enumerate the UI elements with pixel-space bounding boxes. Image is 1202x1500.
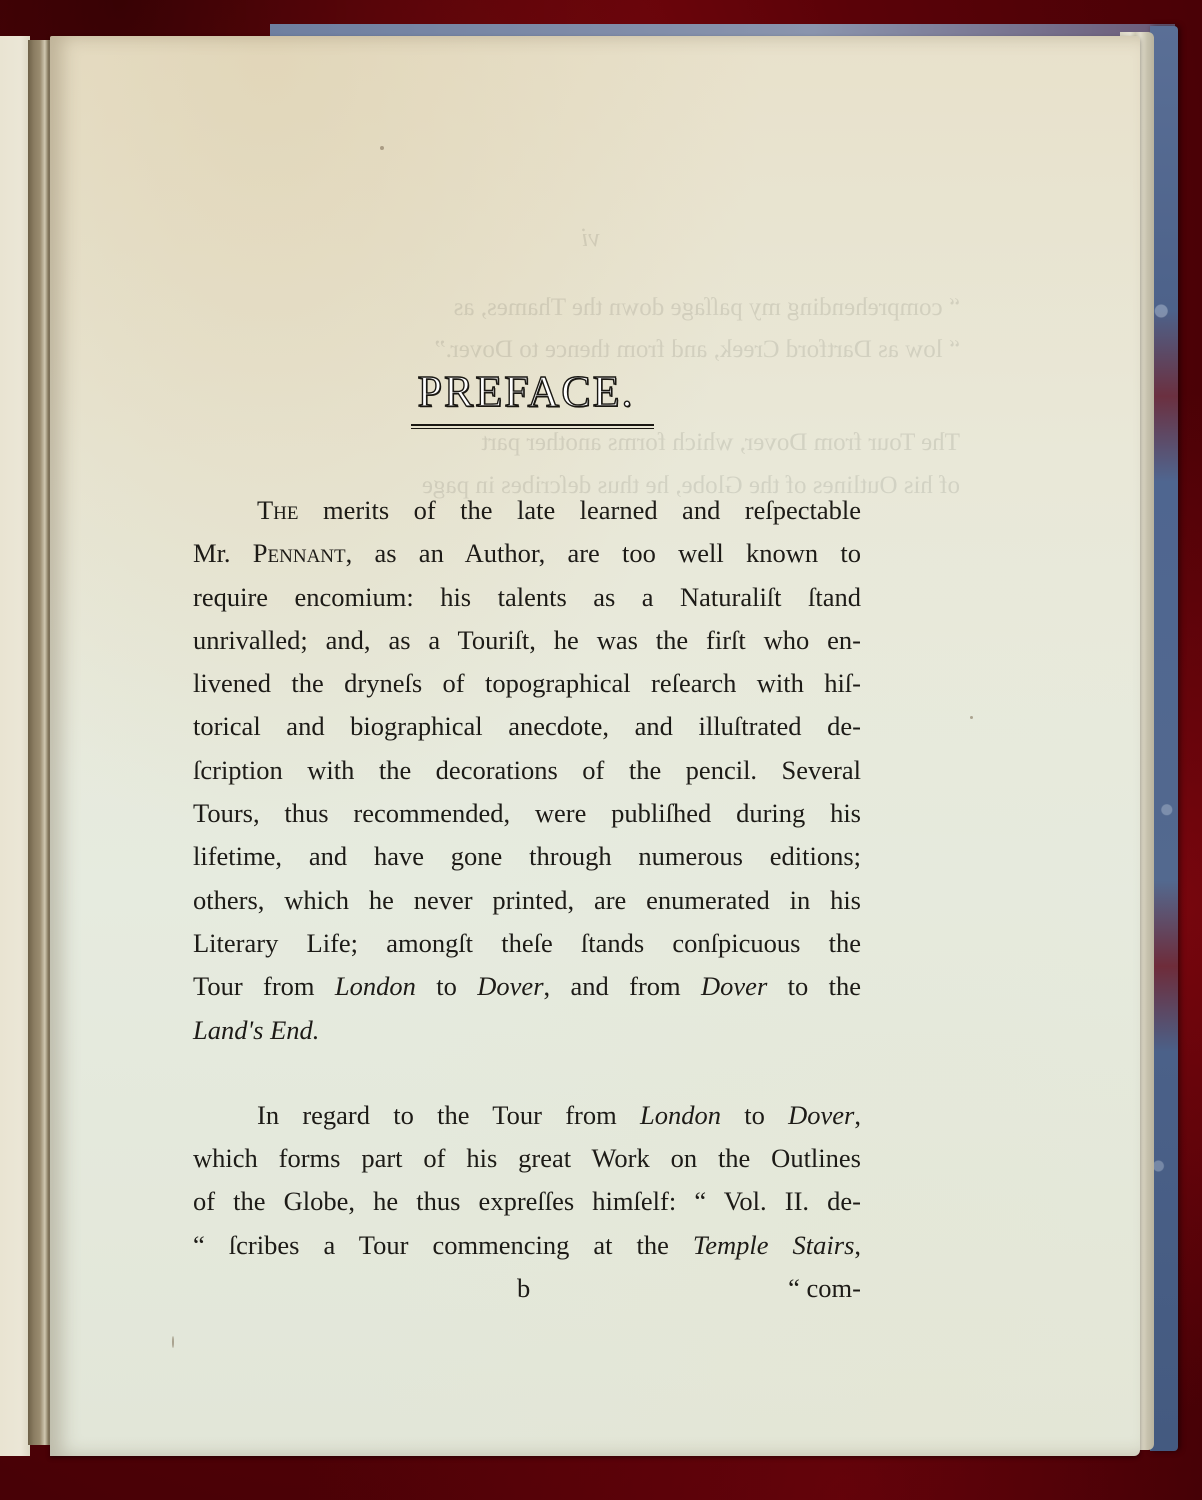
page-title: PREFACE. xyxy=(191,366,861,418)
text-span: “ ſcribes a Tour commencing at the xyxy=(193,1230,693,1260)
text-line: In regard to the Tour from London to Dov… xyxy=(193,1094,861,1137)
text-span: which forms part of his great Work on th… xyxy=(193,1143,861,1173)
signature-mark: b xyxy=(517,1267,530,1310)
text-line: require encomium: his talents as a Natur… xyxy=(193,576,861,619)
catchword: “ com- xyxy=(788,1267,861,1310)
text-line: Mr. Pennant, as an Author, are too well … xyxy=(193,532,861,575)
text-line: livened the dryneſs of topographical reſ… xyxy=(193,662,861,705)
text-span: , xyxy=(854,1230,861,1260)
italic-text: London xyxy=(640,1100,721,1130)
title-double-rule xyxy=(411,424,654,429)
text-span: , as an Author, are too well known to xyxy=(346,538,861,568)
small-caps-text: The xyxy=(257,495,299,525)
text-line: others, which he never printed, are enum… xyxy=(193,879,861,922)
left-page-edge xyxy=(0,36,30,1456)
paper-speck xyxy=(172,1336,174,1348)
text-span: Tours, thus recommended, were publiſhed … xyxy=(193,798,861,828)
text-span: of the Globe, he thus expreſſes himſelf:… xyxy=(193,1186,861,1216)
italic-text: Land's End. xyxy=(193,1015,319,1045)
italic-text: Dover xyxy=(477,971,543,1001)
text-span: Mr. xyxy=(193,538,253,568)
text-span: lifetime, and have gone through numerous… xyxy=(193,841,861,871)
text-span: livened the dryneſs of topographical reſ… xyxy=(193,668,861,698)
page-content: PREFACE. The merits of the late learned … xyxy=(193,366,861,1311)
text-span: ſcription with the decorations of the pe… xyxy=(193,755,861,785)
book-cover-top-edge xyxy=(270,24,1175,36)
text-line: of the Globe, he thus expreſſes himſelf:… xyxy=(193,1180,861,1223)
text-line: Tours, thus recommended, were publiſhed … xyxy=(193,792,861,835)
page-footer: b “ com- xyxy=(193,1267,861,1311)
text-span: require encomium: his talents as a Natur… xyxy=(193,582,861,612)
text-span: merits of the late learned and reſpectab… xyxy=(299,495,861,525)
paper-speck xyxy=(970,716,973,719)
text-span: to the xyxy=(767,971,861,1001)
italic-text: Temple Stairs xyxy=(693,1230,854,1260)
italic-text: London xyxy=(335,971,416,1001)
text-span: to xyxy=(721,1100,788,1130)
text-span: , xyxy=(854,1100,861,1130)
text-span: torical and biographical anecdote, and i… xyxy=(193,711,861,741)
text-line: lifetime, and have gone through numerous… xyxy=(193,835,861,878)
paper-speck xyxy=(380,146,384,150)
show-through-line: “ comprehending my paſſage down the Tham… xyxy=(240,286,960,330)
text-line: Land's End. xyxy=(193,1009,861,1052)
text-line: The merits of the late learned and reſpe… xyxy=(193,489,861,532)
text-span: to xyxy=(416,971,477,1001)
text-span: In regard to the Tour from xyxy=(257,1100,640,1130)
text-span: Literary Life; amongſt theſe ſtands conſ… xyxy=(193,928,861,958)
text-line: “ ſcribes a Tour commencing at the Templ… xyxy=(193,1224,861,1267)
paragraph: In regard to the Tour from London to Dov… xyxy=(193,1094,861,1267)
text-line: unrivalled; and, as a Touriſt, he was th… xyxy=(193,619,861,662)
small-caps-text: Pennant xyxy=(253,538,346,568)
italic-text: Dover xyxy=(701,971,767,1001)
text-span: , and from xyxy=(544,971,702,1001)
text-span: others, which he never printed, are enum… xyxy=(193,885,861,915)
paragraph: The merits of the late learned and reſpe… xyxy=(193,489,861,1052)
text-line: Literary Life; amongſt theſe ſtands conſ… xyxy=(193,922,861,965)
text-line: Tour from London to Dover, and from Dove… xyxy=(193,965,861,1008)
marbled-cover-edge xyxy=(1150,26,1178,1451)
text-line: which forms part of his great Work on th… xyxy=(193,1137,861,1180)
text-line: torical and biographical anecdote, and i… xyxy=(193,705,861,748)
text-span: unrivalled; and, as a Touriſt, he was th… xyxy=(193,625,861,655)
show-through-folio: vi xyxy=(581,216,600,260)
book-gutter xyxy=(28,40,52,1445)
italic-text: Dover xyxy=(788,1100,854,1130)
book-page: vi “ comprehending my paſſage down the T… xyxy=(50,36,1140,1456)
text-line: ſcription with the decorations of the pe… xyxy=(193,749,861,792)
text-span: Tour from xyxy=(193,971,335,1001)
